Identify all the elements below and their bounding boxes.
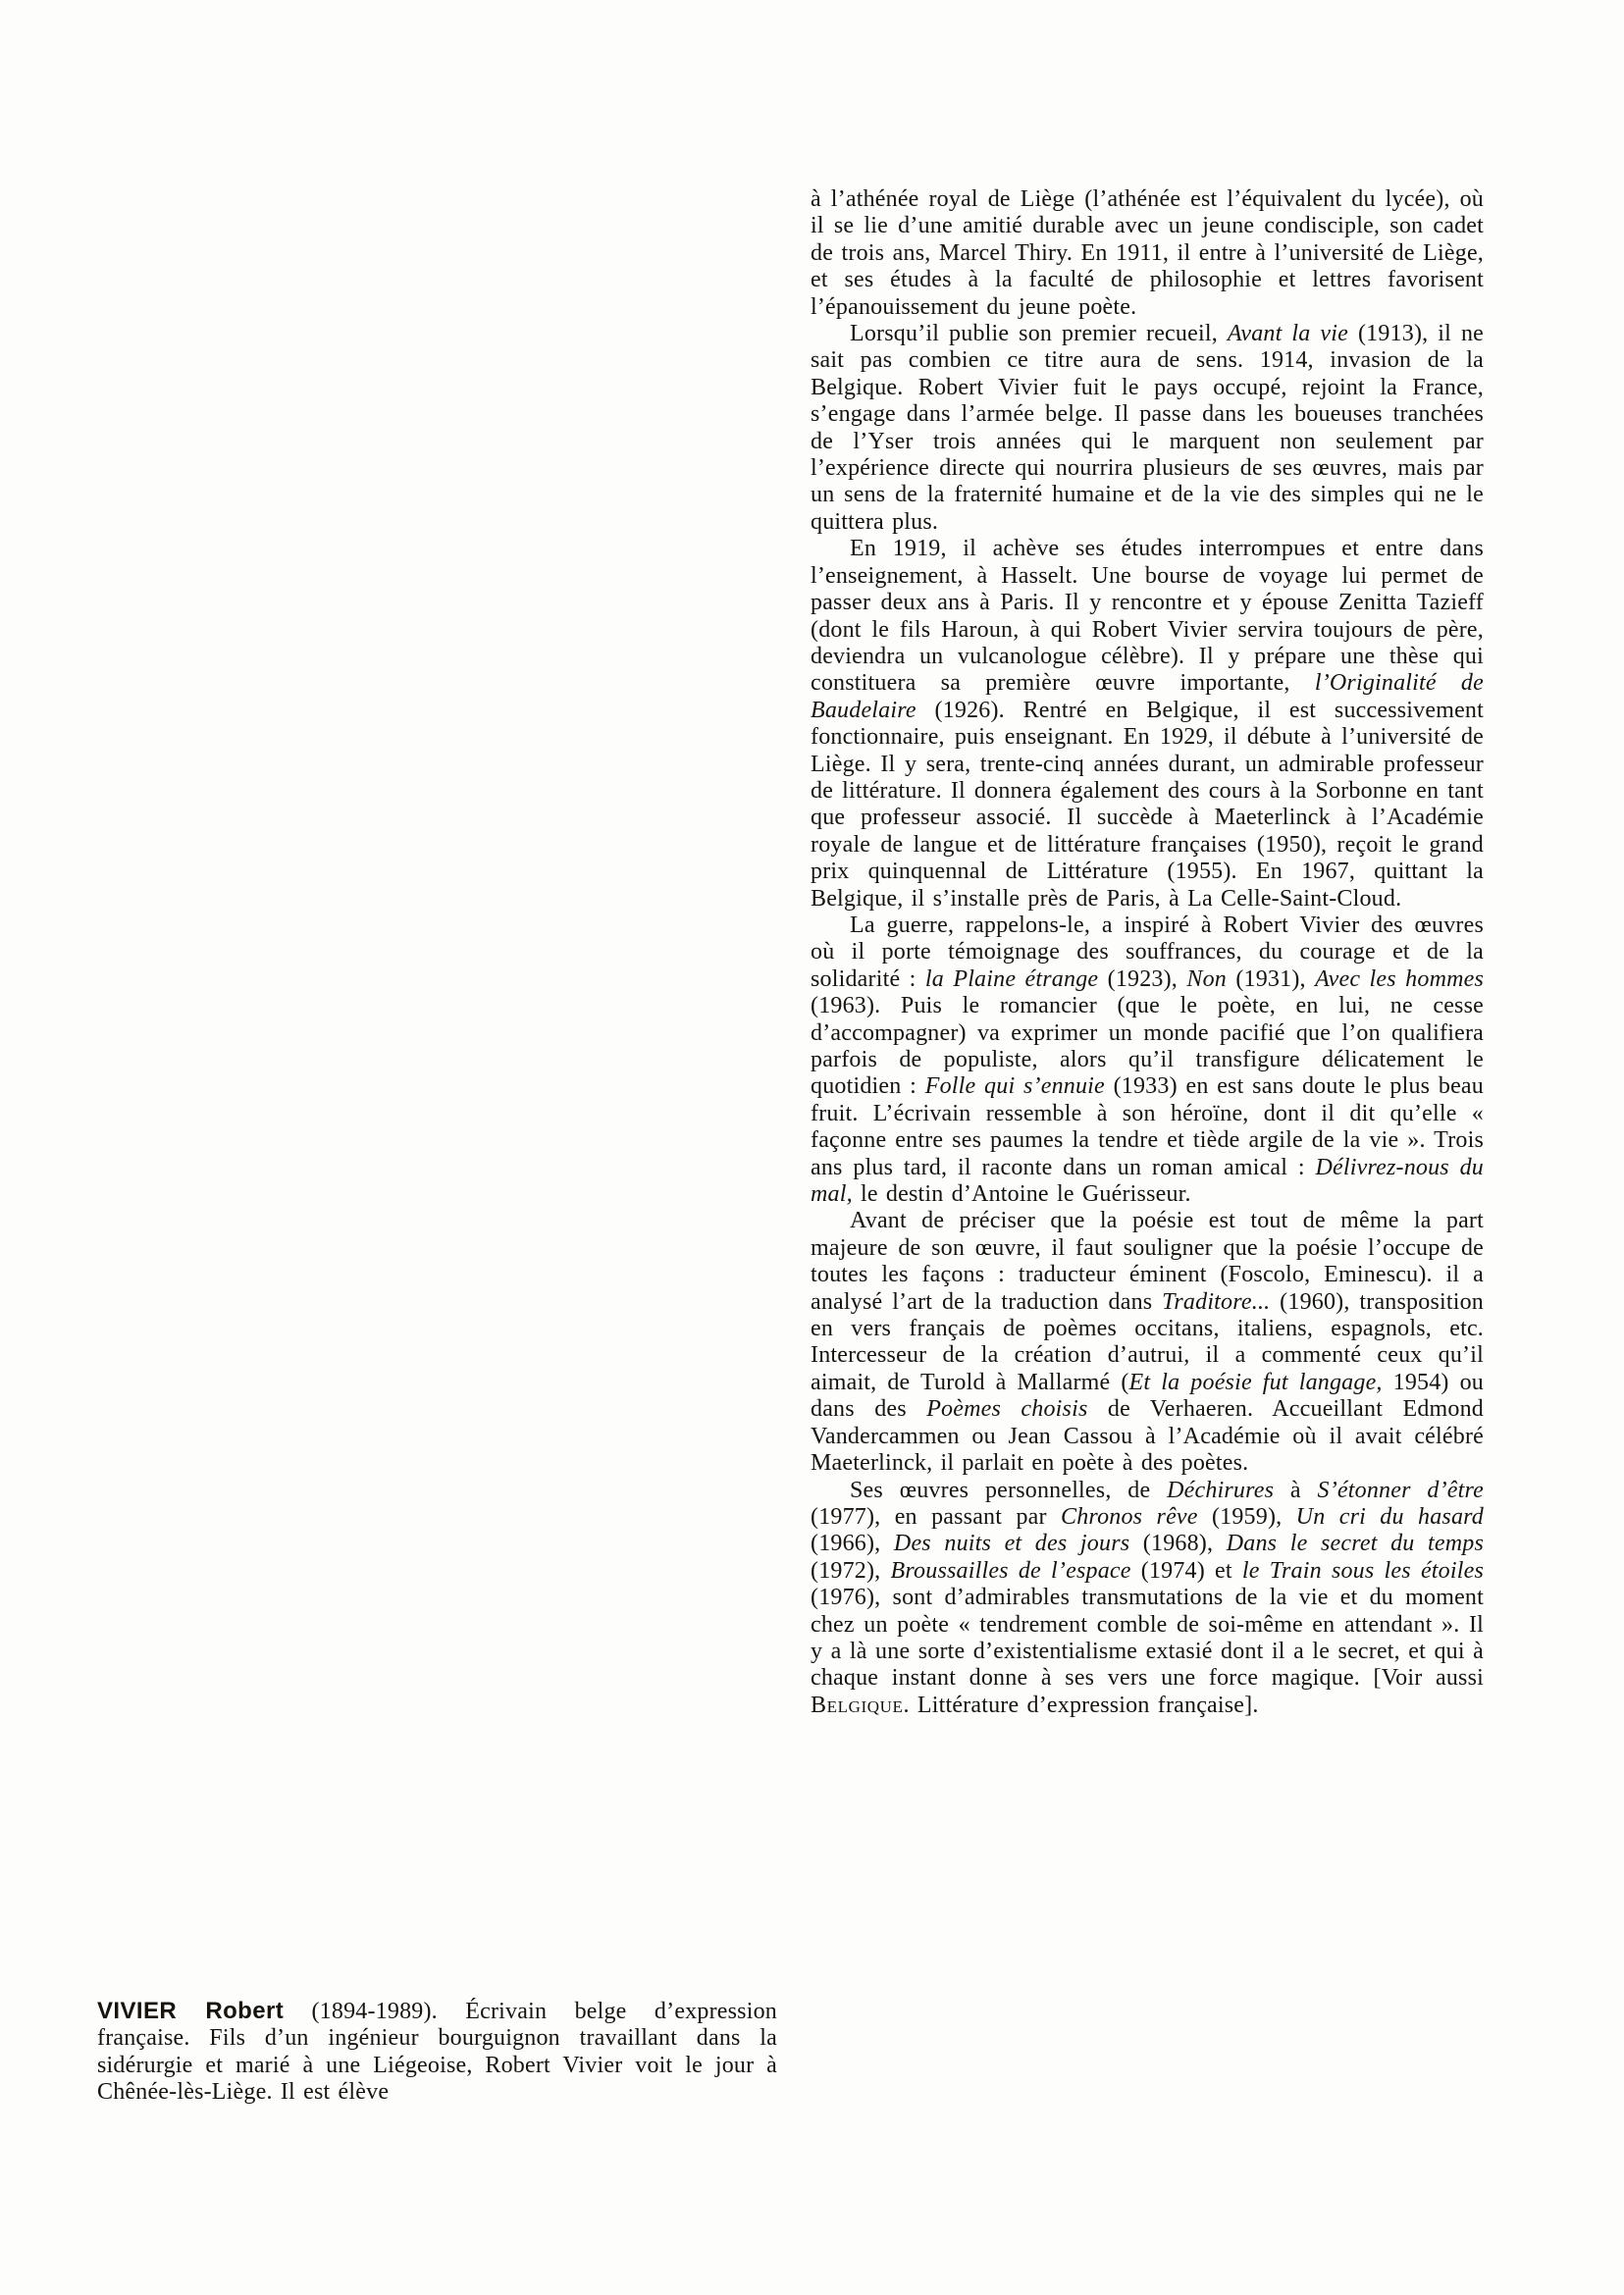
work-title: Déchirures xyxy=(1167,1478,1274,1503)
text-segment: Lorsqu’il publie son premier recueil, xyxy=(850,321,1228,346)
paragraph: En 1919, il achève ses études interrompu… xyxy=(811,536,1484,913)
work-title: Avec les hommes xyxy=(1315,966,1484,992)
work-title: la Plaine étrange xyxy=(925,966,1098,992)
text-segment: (1931), xyxy=(1227,966,1315,992)
page-background: VIVIER Robert (1894-1989). Écrivain belg… xyxy=(0,0,1624,2295)
work-title: Non xyxy=(1186,966,1227,992)
text-segment: à l’athénée royal de Liège (l’athénée es… xyxy=(811,186,1484,320)
scanned-book-page: { "page": { "paper_color": "#fdfdfb", "i… xyxy=(0,0,1624,2295)
paragraph: La guerre, rappelons-le, a inspiré à Rob… xyxy=(811,913,1484,1208)
work-title: Folle qui s’ennuie xyxy=(925,1073,1105,1099)
text-segment: (1966), xyxy=(811,1531,894,1556)
text-segment: (1976), sont d’admirables transmutations… xyxy=(811,1585,1484,1691)
work-title: Broussailles de l’espace xyxy=(891,1558,1131,1584)
text-segment: (1926). Rentré en Belgique, il est succe… xyxy=(811,698,1484,912)
entry-headword: VIVIER Robert xyxy=(97,1998,284,2024)
work-title: Traditore... xyxy=(1162,1289,1270,1315)
text-segment: Ses œuvres personnelles, de xyxy=(850,1478,1167,1503)
text-segment: (1977), en passant par xyxy=(811,1504,1061,1530)
work-title: Avant la vie xyxy=(1228,321,1348,346)
work-title: Et la poésie fut langage, xyxy=(1129,1370,1383,1395)
text-segment: (1923), xyxy=(1098,966,1186,992)
paragraph: Avant de préciser que la poésie est tout… xyxy=(811,1208,1484,1477)
cross-reference: Belgique xyxy=(811,1693,903,1718)
paragraph: Lorsqu’il publie son premier recueil, Av… xyxy=(811,321,1484,536)
text-segment: (1968), xyxy=(1129,1531,1226,1556)
entry-continuation-right-column: à l’athénée royal de Liège (l’athénée es… xyxy=(811,186,1484,1719)
text-segment: à xyxy=(1274,1478,1317,1503)
text-segment: (1972), xyxy=(811,1558,891,1584)
work-title: Un cri du hasard xyxy=(1296,1504,1484,1530)
paragraph: à l’athénée royal de Liège (l’athénée es… xyxy=(811,186,1484,321)
work-title: Des nuits et des jours xyxy=(894,1531,1129,1556)
paragraph: VIVIER Robert (1894-1989). Écrivain belg… xyxy=(97,1998,777,2107)
work-title: Dans le secret du temps xyxy=(1227,1531,1484,1556)
text-segment: (1959), xyxy=(1198,1504,1296,1530)
work-title: S’étonner d’être xyxy=(1318,1478,1484,1503)
text-segment: (1974) et xyxy=(1131,1558,1242,1584)
text-segment: le destin d’Antoine le Guérisseur. xyxy=(853,1181,1191,1207)
paragraph: Ses œuvres personnelles, de Déchirures à… xyxy=(811,1478,1484,1720)
work-title: le Train sous les étoiles xyxy=(1242,1558,1484,1584)
work-title: Chronos rêve xyxy=(1061,1504,1198,1530)
work-title: Poèmes choisis xyxy=(926,1396,1087,1422)
text-segment: (1913), il ne sait pas combien ce titre … xyxy=(811,321,1484,535)
text-segment: . Littérature d’expression française]. xyxy=(903,1693,1258,1718)
entry-start-left-column: VIVIER Robert (1894-1989). Écrivain belg… xyxy=(97,1998,777,2107)
